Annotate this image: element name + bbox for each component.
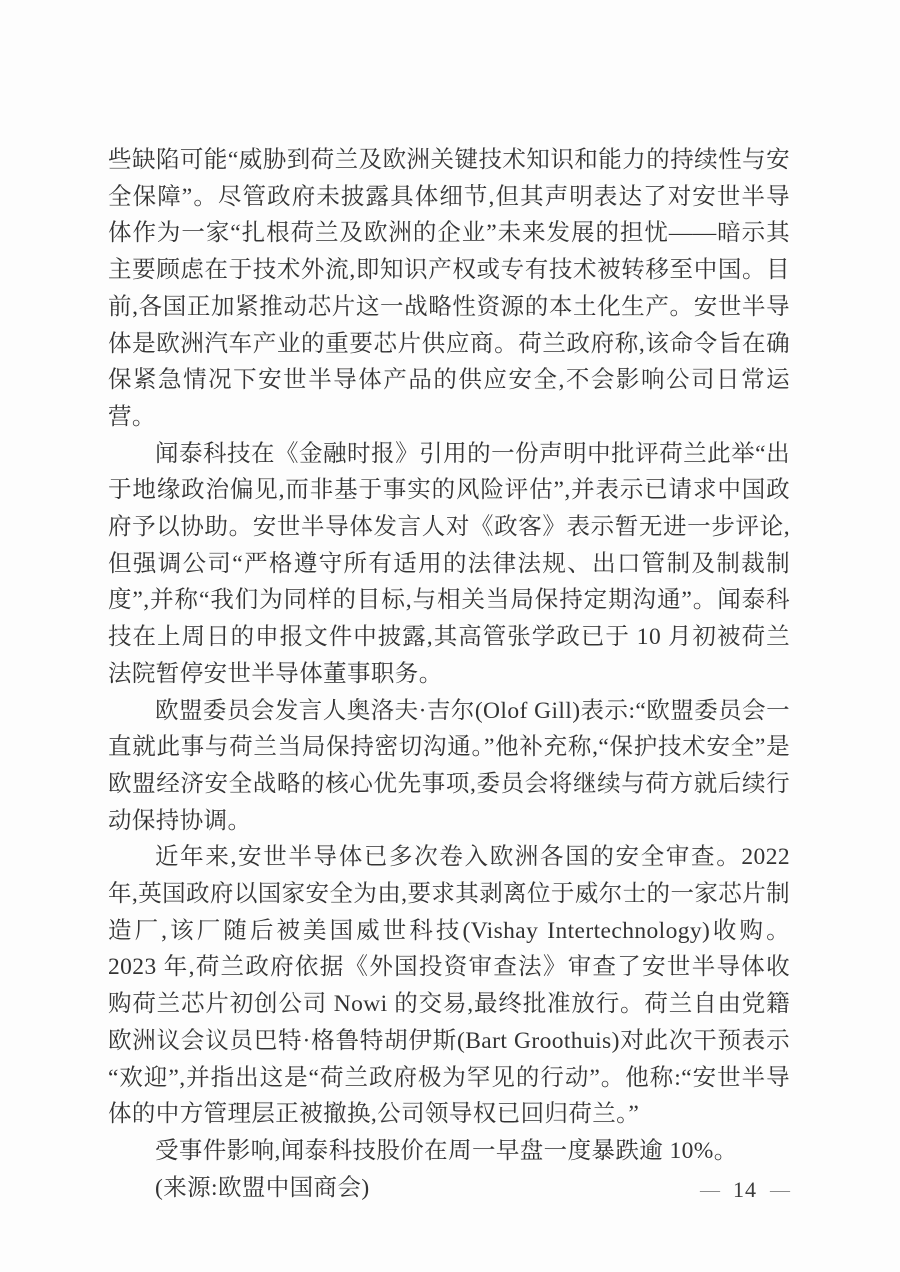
body-paragraph: 欧盟委员会发言人奥洛夫·吉尔(Olof Gill)表示:“欧盟委员会一直就此事与… xyxy=(108,693,790,840)
body-paragraph: 些缺陷可能“威胁到荷兰及欧洲关键技术知识和能力的持续性与安全保障”。尽管政府未披… xyxy=(108,142,790,436)
footer-dash-right: — xyxy=(770,1176,790,1204)
body-paragraph: 受事件影响,闻泰科技股价在周一早盘一度暴跌逾 10%。 xyxy=(108,1133,790,1170)
page-footer: — 14 — xyxy=(700,1176,790,1204)
source-attribution: (来源:欧盟中国商会) xyxy=(108,1170,790,1207)
document-page: 些缺陷可能“威胁到荷兰及欧洲关键技术知识和能力的持续性与安全保障”。尽管政府未披… xyxy=(0,0,900,1272)
page-number: 14 xyxy=(733,1176,757,1204)
body-paragraph: 闻泰科技在《金融时报》引用的一份声明中批评荷兰此举“出于地缘政治偏见,而非基于事… xyxy=(108,436,790,693)
article-body: 些缺陷可能“威胁到荷兰及欧洲关键技术知识和能力的持续性与安全保障”。尽管政府未披… xyxy=(108,142,790,1206)
footer-dash-left: — xyxy=(700,1176,720,1204)
body-paragraph: 近年来,安世半导体已多次卷入欧洲各国的安全审查。2022 年,英国政府以国家安全… xyxy=(108,839,790,1133)
